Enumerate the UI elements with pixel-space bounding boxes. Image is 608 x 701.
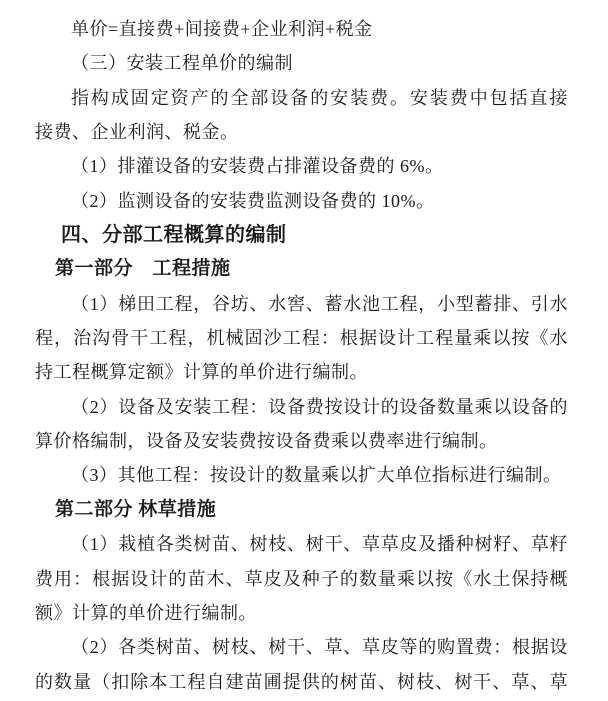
text-line: 算价格编制，设备及安装费按设备费乘以费率进行编制。 [35,424,568,458]
text-line: 接费、企业利润、税金。 [35,115,568,149]
text-line: （2）监测设备的安装费监测设备费的 10%。 [35,184,568,218]
text-line: （3）其他工程：按设计的数量乘以扩大单位指标进行编制。 [35,458,568,492]
text-line: 指构成固定资产的全部设备的安装费。安装费中包括直接费、间 [35,81,568,115]
text-line: 的数量（扣除本工程自建苗圃提供的树苗、树枝、树干、草、草皮等 [35,665,568,699]
paragraph: （1）栽植各类树苗、树枝、树干、草草皮及播种树籽、草籽的费用：根据设计的苗木、草… [35,527,568,630]
text-line: （1）排灌设备的安装费占排灌设备费的 6%。 [35,149,568,183]
paragraph: （2）设备及安装工程：设备费按设计的设备数量乘以设备的预算价格编制，设备及安装费… [35,390,568,459]
text-line: （1）梯田工程，谷坊、水窖、蓄水池工程，小型蓄排、引水工 [35,287,568,321]
section-heading: 四、分部工程概算的编制 [35,218,568,252]
text-line: 第二部分 林草措施 [35,493,568,527]
text-line: 第一部分 工程措施 [35,252,568,286]
text-line: 四、分部工程概算的编制 [35,218,568,252]
paragraph: （三）安装工程单价的编制 [35,46,568,80]
paragraph: （3）其他工程：按设计的数量乘以扩大单位指标进行编制。 [35,458,568,492]
text-line: （2）各类树苗、树枝、树干、草、草皮等的购置费：根据设计 [35,630,568,664]
paragraph: （1）梯田工程，谷坊、水窖、蓄水池工程，小型蓄排、引水工程，治沟骨干工程，机械固… [35,287,568,390]
text-line: 持工程概算定额》计算的单价进行编制。 [35,355,568,389]
paragraph: （2）监测设备的安装费监测设备费的 10%。 [35,184,568,218]
text-line: 费用：根据设计的苗木、草皮及种子的数量乘以按《水土保持概算定 [35,562,568,596]
document-page: 单价=直接费+间接费+企业利润+税金（三）安装工程单价的编制指构成固定资产的全部… [0,0,608,701]
text-line: 额》计算的单价进行编制。 [35,596,568,630]
section-heading: 第二部分 林草措施 [35,493,568,527]
text-line: 单价=直接费+间接费+企业利润+税金 [35,12,568,46]
paragraph: （2）各类树苗、树枝、树干、草、草皮等的购置费：根据设计的数量（扣除本工程自建苗… [35,630,568,699]
text-line: （1）栽植各类树苗、树枝、树干、草草皮及播种树籽、草籽的 [35,527,568,561]
text-line: （三）安装工程单价的编制 [35,46,568,80]
text-line: 程，治沟骨干工程，机械固沙工程：根据设计工程量乘以按《水土保 [35,321,568,355]
section-heading: 第一部分 工程措施 [35,252,568,286]
document-text-block: 单价=直接费+间接费+企业利润+税金（三）安装工程单价的编制指构成固定资产的全部… [35,12,568,699]
text-line: （2）设备及安装工程：设备费按设计的设备数量乘以设备的预 [35,390,568,424]
paragraph: 单价=直接费+间接费+企业利润+税金 [35,12,568,46]
paragraph: （1）排灌设备的安装费占排灌设备费的 6%。 [35,149,568,183]
paragraph: 指构成固定资产的全部设备的安装费。安装费中包括直接费、间接费、企业利润、税金。 [35,81,568,150]
